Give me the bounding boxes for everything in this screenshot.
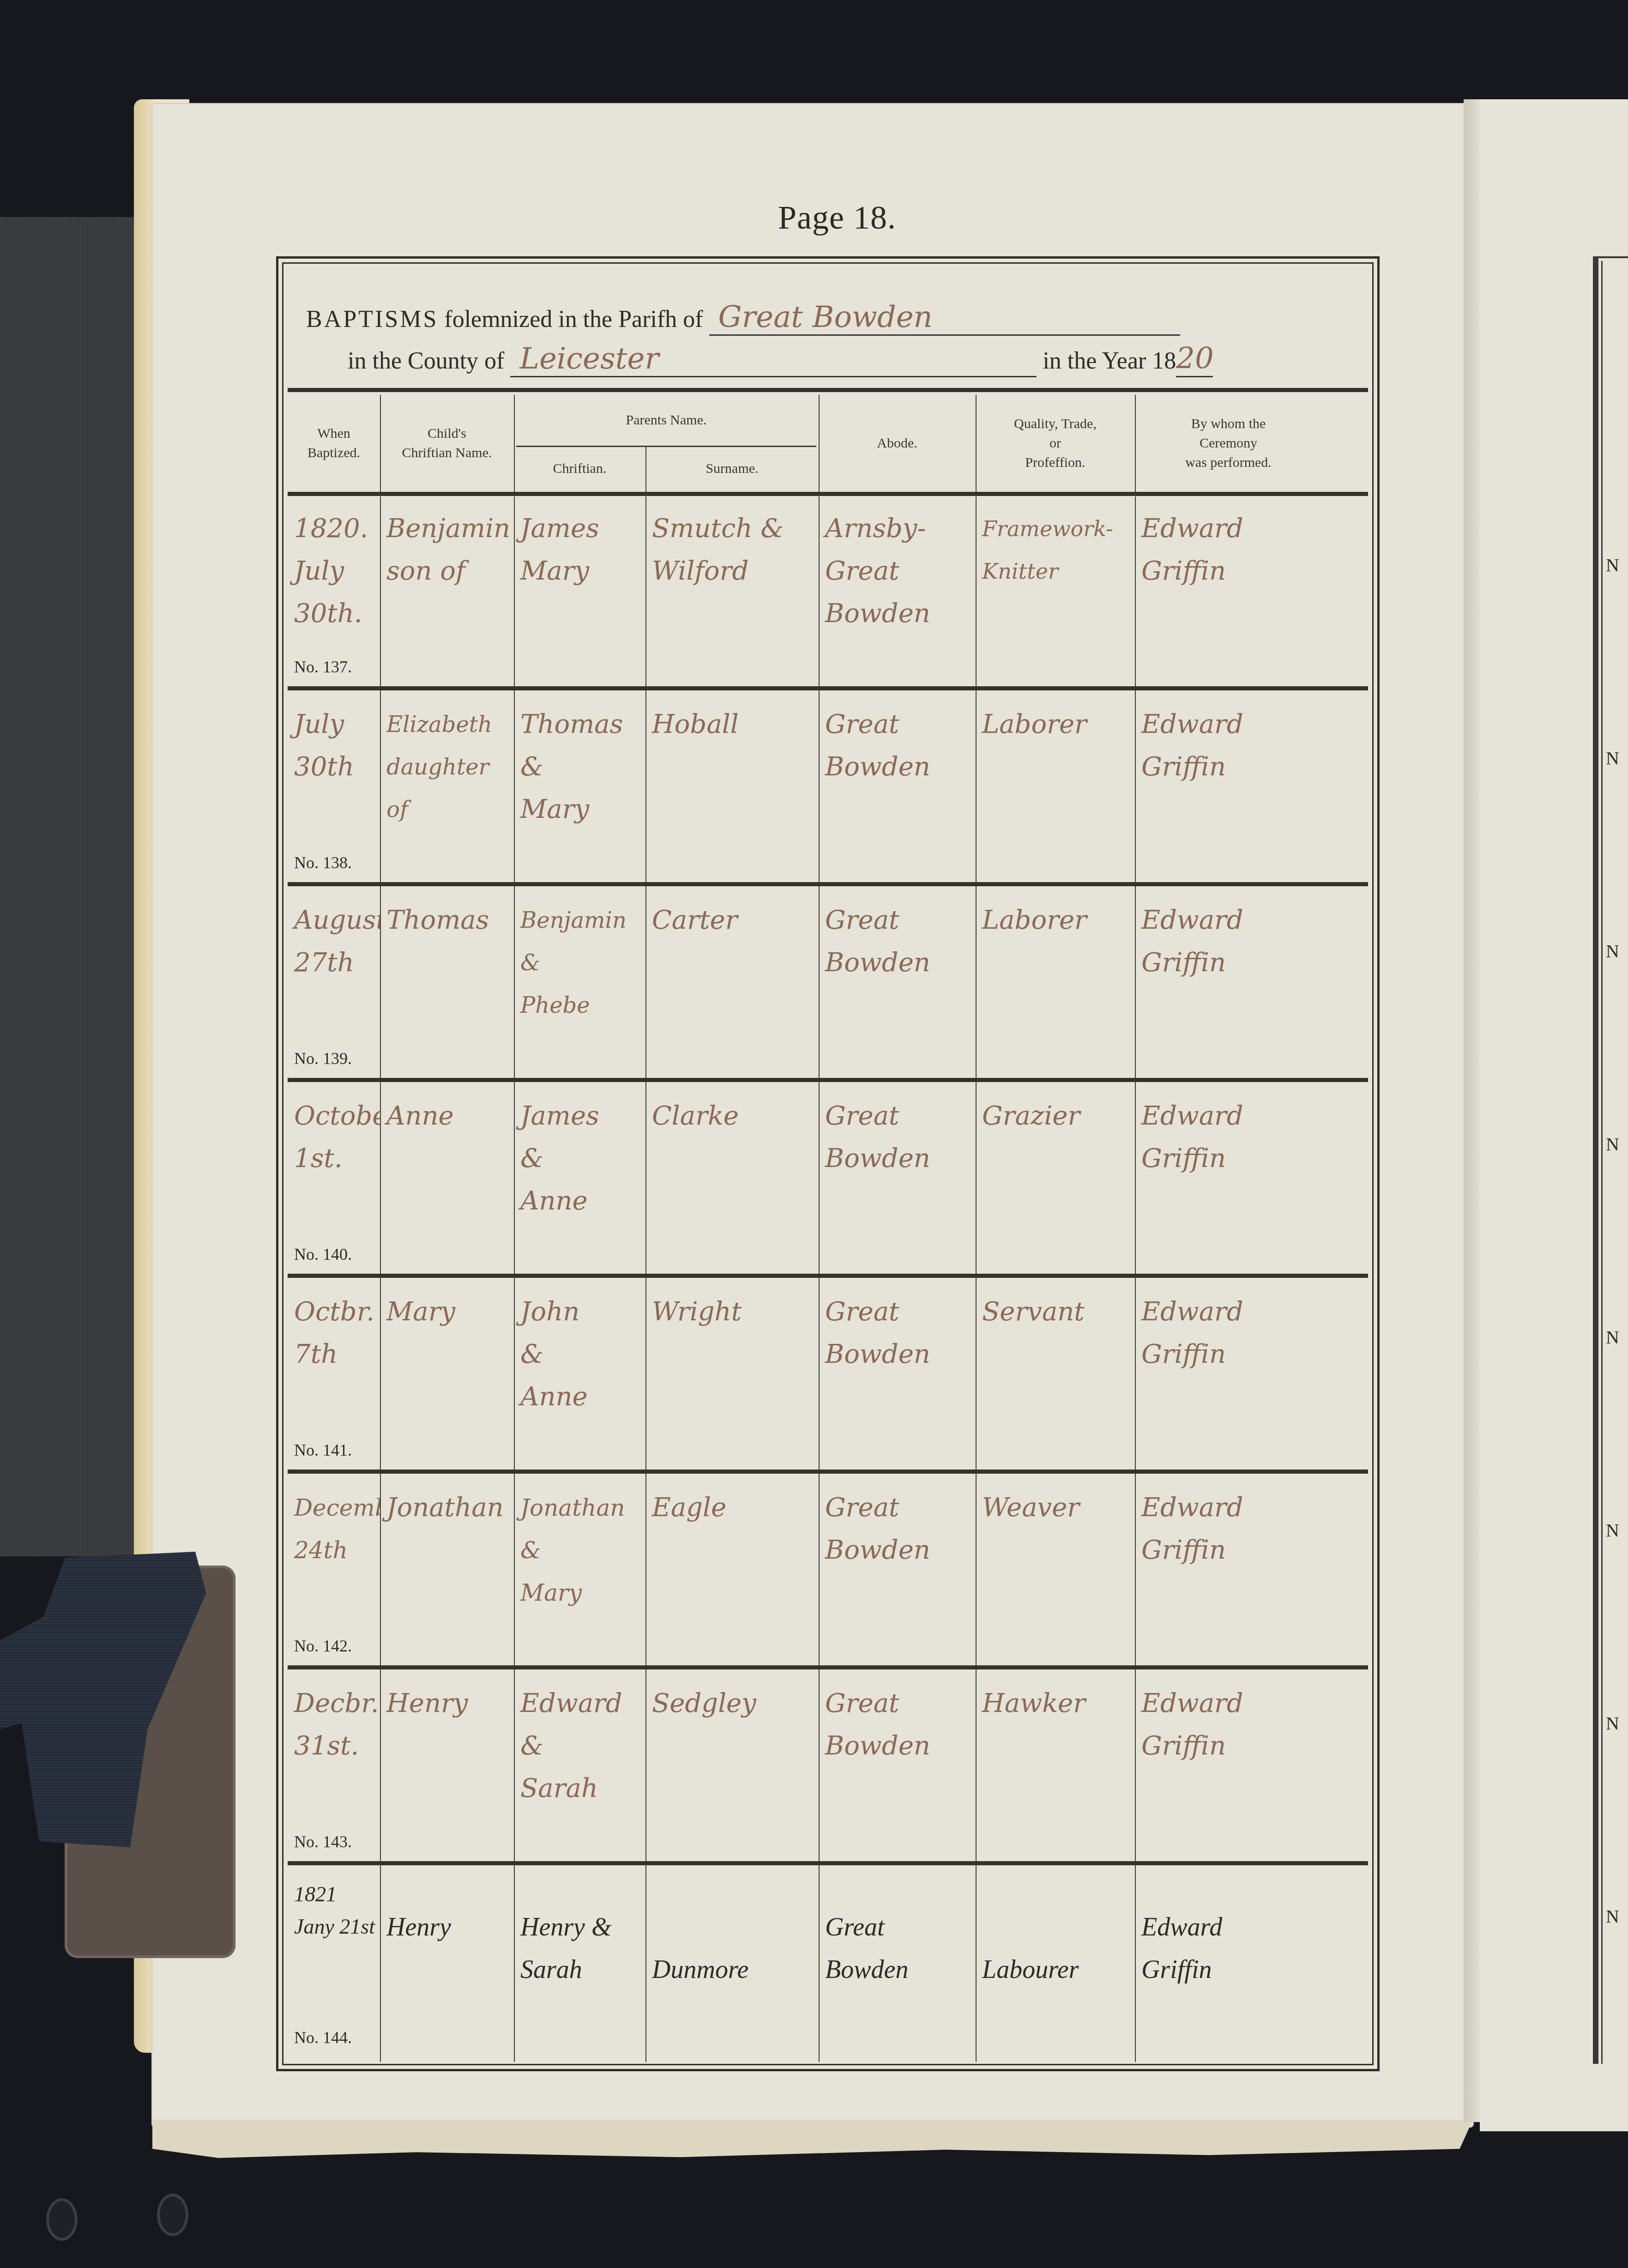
cell-date: July30th [288,703,380,870]
cell-surname: Smutch &Wilford [645,508,819,674]
book-gutter [1464,99,1482,2122]
page-worn-edge [152,2120,1473,2161]
header-by-whom: By whom the Ceremony was performed. [1135,395,1322,492]
facing-page-entry-numbers: N N N N N N N N [1606,554,1628,2099]
cell-parents-christian: James&Anne [514,1095,645,1261]
cell-surname: Carter [645,899,819,1065]
cell-child-name: Elizabethdaughterof [380,703,514,870]
title-baptisms: BAPTISMS [306,306,438,333]
header-parents-surname: Surname. [645,446,819,492]
year-field: 20 [1176,342,1213,377]
cell-date: 1820.July30th. [288,508,380,674]
cell-child-name: Henry [380,1682,514,1849]
cell-child-name: Henry [380,1878,514,2072]
cell-parents-christian: Benjamin&Phebe [514,899,645,1065]
header-child-name: Child's Chriftian Name. [380,395,514,492]
cell-quality: Labourer [976,1878,1135,2115]
table-row: Decembr24th No. 142. Jonathan Jonathan&M… [288,1476,1368,1669]
cell-date: August27th [288,899,380,1065]
table-row: October1st. No. 140. Anne James&Anne Cla… [288,1084,1368,1278]
cell-abode: GreatBowden [819,899,976,1065]
cell-child-name: Jonathan [380,1487,514,1653]
cell-quality: Servant [976,1291,1135,1457]
cell-child-name: Thomas [380,899,514,1065]
cell-child-name: Anne [380,1095,514,1261]
cell-surname: Clarke [645,1095,819,1261]
entry-number: No. 138. [294,853,352,872]
cell-by-whom: EdwardGriffin [1135,1487,1322,1653]
cell-date: 1821Jany 21st [288,1878,380,2044]
screw-icon [157,2194,188,2236]
cell-abode: GreatBowden [819,1487,976,1653]
cell-quality: Hawker [976,1682,1135,1849]
cell-by-whom: EdwardGriffin [1135,1291,1322,1457]
cell-child-name: Mary [380,1291,514,1457]
cell-date: Decbr.31st. [288,1682,380,1849]
cell-surname: Sedgley [645,1682,819,1849]
cell-surname: Eagle [645,1487,819,1653]
table-row: July30th No. 138. Elizabethdaughterof Th… [288,692,1368,886]
county-label: in the County of [348,348,504,374]
header-parents-name: Parents Name. [514,395,819,446]
table-row: Decbr.31st. No. 143. Henry Edward&Sarah … [288,1671,1368,1865]
cell-quality: Weaver [976,1487,1135,1653]
cell-surname: Hoball [645,703,819,870]
entry-number: No. 139. [294,1049,352,1068]
entry-number: No. 142. [294,1636,352,1656]
table-row: 1820.July30th. No. 137. Benjaminson of J… [288,496,1368,690]
cell-abode: GreatBowden [819,1291,976,1457]
cell-quality: Framework-Knitter [976,508,1135,674]
table-row: Octbr.7th No. 141. Mary John&Anne Wright… [288,1280,1368,1474]
cell-surname: Wright [645,1291,819,1457]
title-text: folemnized in the Parifh of [444,306,703,333]
rule-divider [288,388,1368,392]
cell-abode: GreatBowden [819,1878,976,2072]
cell-quality: Laborer [976,703,1135,870]
entry-number: No. 143. [294,1832,352,1851]
year-label: in the Year 18 [1043,348,1176,374]
header-when-baptized: When Baptized. [288,395,380,492]
cell-surname: Dunmore [645,1878,819,2115]
cell-by-whom: EdwardGriffin [1135,1095,1322,1261]
cell-quality: Grazier [976,1095,1135,1261]
entry-number: No. 137. [294,657,352,677]
cell-date: Octbr.7th [288,1291,380,1457]
cell-abode: GreatBowden [819,703,976,870]
cell-by-whom: EdwardGriffin [1135,1682,1322,1849]
county-field: Leicester [510,342,1037,377]
header-abode: Abode. [819,395,976,492]
cell-quality: Laborer [976,899,1135,1065]
rule-divider [288,492,1368,496]
cell-parents-christian: John&Anne [514,1291,645,1457]
baptism-register-table: BAPTISMS folemnized in the Parifh of Gre… [276,256,1380,2071]
header-parents-christian: Chriftian. [514,446,645,492]
cell-by-whom: EdwardGriffin [1135,1878,1322,2072]
column-header-row: When Baptized. Child's Chriftian Name. P… [288,395,1368,492]
cell-abode: GreatBowden [819,1682,976,1849]
cell-abode: Arnsby-GreatBowden [819,508,976,674]
table-row: August27th No. 139. Thomas Benjamin&Pheb… [288,888,1368,1082]
cell-by-whom: EdwardGriffin [1135,899,1322,1065]
parish-field: Great Bowden [709,300,1180,336]
cell-child-name: Benjaminson of [380,508,514,674]
cell-parents-christian: Henry &Sarah [514,1878,645,2072]
foam-support [0,217,152,1556]
cell-parents-christian: Edward&Sarah [514,1682,645,1849]
cell-abode: GreatBowden [819,1095,976,1261]
cell-parents-christian: JamesMary [514,508,645,674]
table-row: 1821Jany 21st No. 144. Henry Henry &Sara… [288,1867,1368,2061]
entry-number: No. 140. [294,1245,352,1264]
cell-date: October1st. [288,1095,380,1261]
cell-parents-christian: Thomas&Mary [514,703,645,870]
cell-parents-christian: Jonathan&Mary [514,1487,645,1653]
cell-by-whom: EdwardGriffin [1135,508,1322,674]
page-number: Page 18. [778,199,896,237]
header-quality-trade: Quality, Trade, or Profeffion. [976,395,1135,492]
cell-date: Decembr24th [288,1487,380,1653]
entry-number: No. 144. [294,2028,352,2047]
cell-by-whom: EdwardGriffin [1135,703,1322,870]
screw-icon [46,2198,78,2241]
entry-number: No. 141. [294,1440,352,1460]
